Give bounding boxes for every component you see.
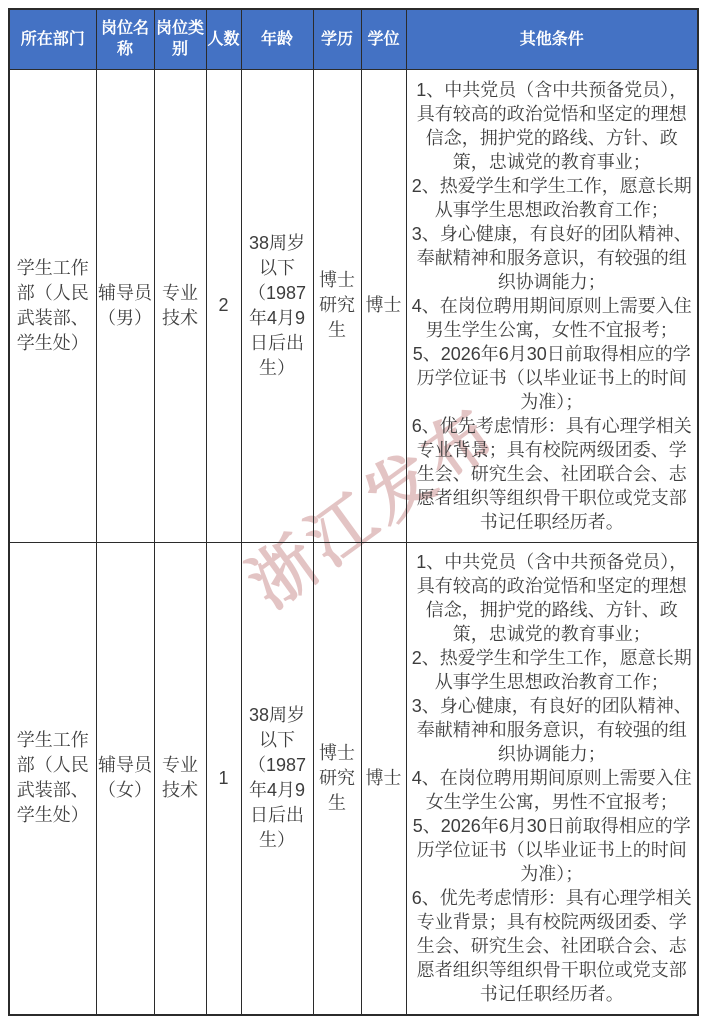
cell-education: 博士研究生: [313, 542, 361, 1015]
condition-item: 4、在岗位聘用期间原则上需要入住男生学生公寓，女性不宜报考；: [410, 294, 695, 342]
cell-other-conditions: 1、中共党员（含中共预备党员），具有较高的政治觉悟和坚定的理想信念，拥护党的路线…: [406, 69, 698, 542]
cell-degree: 博士: [361, 69, 406, 542]
cell-age: 38周岁以下（1987年4月9日后出生）: [241, 69, 313, 542]
condition-item: 1、中共党员（含中共预备党员），具有较高的政治觉悟和坚定的理想信念，拥护党的路线…: [410, 550, 695, 646]
condition-item: 4、在岗位聘用期间原则上需要入住女生学生公寓，男性不宜报考；: [410, 766, 695, 814]
cell-education: 博士研究生: [313, 69, 361, 542]
condition-item: 5、2026年6月30日前取得相应的学历学位证书（以毕业证书上的时间为准）；: [410, 342, 695, 414]
table-row-female-counselor: 学生工作部（人民武装部、学生处） 辅导员（女） 专业技术 1 38周岁以下（19…: [9, 542, 698, 1015]
header-education: 学历: [313, 9, 361, 69]
condition-item: 6、优先考虑情形：具有心理学相关专业背景；具有校院两级团委、学生会、研究生会、社…: [410, 886, 695, 1006]
header-degree: 学位: [361, 9, 406, 69]
cell-position-name: 辅导员（男）: [96, 69, 154, 542]
condition-item: 6、优先考虑情形：具有心理学相关专业背景；具有校院两级团委、学生会、研究生会、社…: [410, 414, 695, 534]
header-position-name: 岗位名称: [96, 9, 154, 69]
condition-item: 3、身心健康，有良好的团队精神、奉献精神和服务意识，有较强的组织协调能力；: [410, 222, 695, 294]
cell-position-name: 辅导员（女）: [96, 542, 154, 1015]
cell-position-category: 专业技术: [154, 69, 206, 542]
table-row-male-counselor: 学生工作部（人民武装部、学生处） 辅导员（男） 专业技术 2 38周岁以下（19…: [9, 69, 698, 542]
table-header-row: 所在部门 岗位名称 岗位类别 人数 年龄 学历 学位 其他条件: [9, 9, 698, 69]
cell-headcount: 2: [206, 69, 241, 542]
condition-item: 2、热爱学生和学生工作，愿意长期从事学生思想政治教育工作；: [410, 174, 695, 222]
header-headcount: 人数: [206, 9, 241, 69]
cell-age: 38周岁以下（1987年4月9日后出生）: [241, 542, 313, 1015]
header-other-conditions: 其他条件: [406, 9, 698, 69]
condition-item: 2、热爱学生和学生工作，愿意长期从事学生思想政治教育工作；: [410, 646, 695, 694]
condition-item: 3、身心健康，有良好的团队精神、奉献精神和服务意识，有较强的组织协调能力；: [410, 694, 695, 766]
header-position-category: 岗位类别: [154, 9, 206, 69]
cell-headcount: 1: [206, 542, 241, 1015]
condition-item: 5、2026年6月30日前取得相应的学历学位证书（以毕业证书上的时间为准）；: [410, 814, 695, 886]
cell-department: 学生工作部（人民武装部、学生处）: [9, 69, 96, 542]
header-department: 所在部门: [9, 9, 96, 69]
header-age: 年龄: [241, 9, 313, 69]
cell-department: 学生工作部（人民武装部、学生处）: [9, 542, 96, 1015]
condition-item: 1、中共党员（含中共预备党员），具有较高的政治觉悟和坚定的理想信念，拥护党的路线…: [410, 78, 695, 174]
cell-other-conditions: 1、中共党员（含中共预备党员），具有较高的政治觉悟和坚定的理想信念，拥护党的路线…: [406, 542, 698, 1015]
cell-degree: 博士: [361, 542, 406, 1015]
cell-position-category: 专业技术: [154, 542, 206, 1015]
recruitment-table: 所在部门 岗位名称 岗位类别 人数 年龄 学历 学位 其他条件 学生工作部（人民…: [8, 8, 699, 1016]
